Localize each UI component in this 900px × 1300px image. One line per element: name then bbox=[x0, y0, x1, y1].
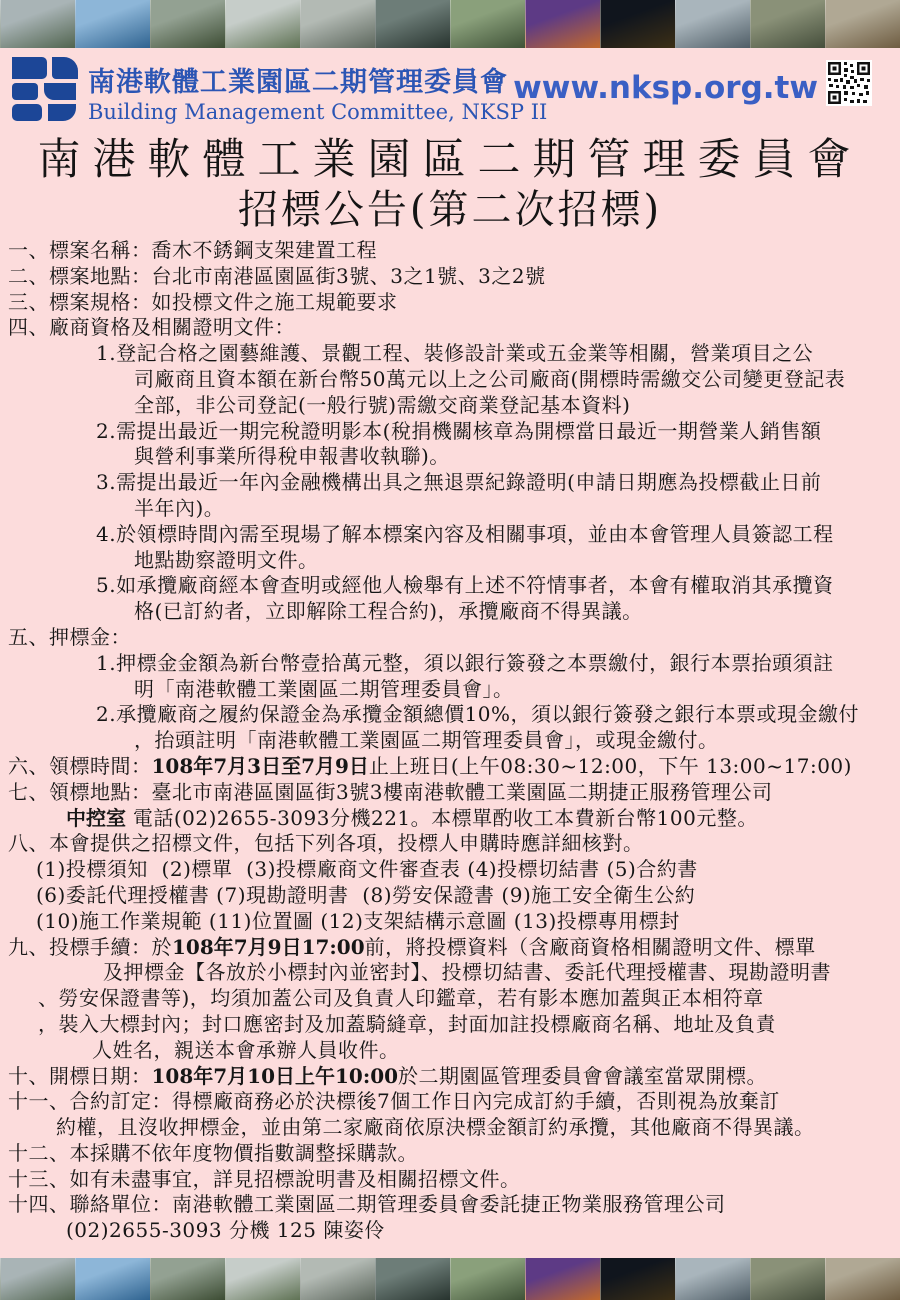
photo-thumbnail bbox=[375, 0, 450, 48]
document-line: 地點勘察證明文件。 bbox=[8, 548, 892, 574]
photo-thumbnail bbox=[0, 1258, 75, 1300]
text-segment: (1)投標須知 (2)標單 (3)投標廠商文件審查表 (4)投標切結書 (5)合… bbox=[36, 857, 698, 881]
org-name-en: Building Management Committee, NKSP II bbox=[88, 100, 547, 124]
photo-strip-bottom bbox=[0, 1258, 900, 1300]
page-header: 南港軟體工業園區二期管理委員會 Building Management Comm… bbox=[0, 48, 900, 130]
photo-thumbnail bbox=[300, 1258, 375, 1300]
text-segment: 五、押標金： bbox=[8, 625, 131, 649]
text-segment: 與營利事業所得稅申報書收執聯)。 bbox=[134, 444, 450, 468]
text-segment: ，抬頭註明「南港軟體工業園區二期管理委員會」，或現金繳付。 bbox=[134, 728, 719, 752]
document-line: 與營利事業所得稅申報書收執聯)。 bbox=[8, 444, 892, 470]
document-line: 十四、聯絡單位：南港軟體工業園區二期管理委員會委託捷正物業服務管理公司 bbox=[8, 1192, 892, 1218]
text-segment: 及押標金【各放於小標封內並密封】、投標切結書、委託代理授權書、現勘證明書 bbox=[103, 960, 831, 984]
text-segment: 十四、聯絡單位：南港軟體工業園區二期管理委員會委託捷正物業服務管理公司 bbox=[8, 1192, 726, 1216]
photo-strip-top bbox=[0, 0, 900, 48]
photo-thumbnail bbox=[525, 1258, 600, 1300]
document-line: 2.需提出最近一期完稅證明影本(稅捐機關核章為開標當日最近一期營業人銷售額 bbox=[8, 419, 892, 445]
document-line: 十三、如有未盡事宜，詳見招標說明書及相關招標文件。 bbox=[8, 1167, 892, 1193]
document-line: 十二、本採購不依年度物價指數調整採購款。 bbox=[8, 1141, 892, 1167]
photo-thumbnail bbox=[600, 0, 675, 48]
document-line: 七、領標地點：臺北市南港區園區街3號3樓南港軟體工業園區二期捷正服務管理公司 bbox=[8, 780, 892, 806]
document-line: 3.需提出最近一年內金融機構出具之無退票紀錄證明(申請日期應為投標截止日前 bbox=[8, 470, 892, 496]
document-line: 一、標案名稱：喬木不銹鋼支架建置工程 bbox=[8, 238, 892, 264]
text-segment: 3.需提出最近一年內金融機構出具之無退票紀錄證明(申請日期應為投標截止日前 bbox=[96, 470, 821, 494]
text-segment: 108年7月9日17:00 bbox=[172, 935, 365, 959]
document-line: 4.於領標時間內需至現場了解本標案內容及相關事項，並由本會管理人員簽認工程 bbox=[8, 522, 892, 548]
text-segment: 2.承攬廠商之履約保證金為承攬金額總價10%，須以銀行簽發之銀行本票或現金繳付 bbox=[96, 702, 859, 726]
text-segment: 地點勘察證明文件。 bbox=[134, 548, 319, 572]
document-line: 5.如承攬廠商經本會查明或經他人檢舉有上述不符情事者，本會有權取消其承攬資 bbox=[8, 573, 892, 599]
photo-thumbnail bbox=[0, 0, 75, 48]
text-segment: 六、領標時間： bbox=[8, 754, 152, 778]
document-line: 二、標案地點：台北市南港區園區街3號、3之1號、3之2號 bbox=[8, 264, 892, 290]
org-name-zh: 南港軟體工業園區二期管理委員會 bbox=[88, 60, 508, 99]
document-line: (6)委託代理授權書 (7)現勘證明書 (8)勞安保證書 (9)施工安全衛生公約 bbox=[8, 883, 892, 909]
text-segment: 約權，且沒收押標金，並由第二家廠商依原決標金額訂約承攬，其他廠商不得異議。 bbox=[56, 1115, 815, 1139]
document-line: 五、押標金： bbox=[8, 625, 892, 651]
document-line: 三、標案規格：如投標文件之施工規範要求 bbox=[8, 290, 892, 316]
document-line: 司廠商且資本額在新台幣50萬元以上之公司廠商(開標時需繳交公司變更登記表 bbox=[8, 367, 892, 393]
document-line: 十一、合約訂定：得標廠商務必於決標後7個工作日內完成訂約手續，否則視為放棄訂 bbox=[8, 1089, 892, 1115]
text-segment: 1.登記合格之園藝維護、景觀工程、裝修設計業或五金業等相關，營業項目之公 bbox=[96, 341, 813, 365]
photo-thumbnail bbox=[450, 1258, 525, 1300]
document-line: 半年內)。 bbox=[8, 496, 892, 522]
text-segment: 一、標案名稱：喬木不銹鋼支架建置工程 bbox=[8, 238, 377, 262]
text-segment: (6)委託代理授權書 (7)現勘證明書 (8)勞安保證書 (9)施工安全衛生公約 bbox=[36, 883, 695, 907]
text-segment: 108年7月3日至7月9日 bbox=[152, 754, 369, 778]
document-line: 2.承攬廠商之履約保證金為承攬金額總價10%，須以銀行簽發之銀行本票或現金繳付 bbox=[8, 702, 892, 728]
text-segment: 司廠商且資本額在新台幣50萬元以上之公司廠商(開標時需繳交公司變更登記表 bbox=[134, 367, 845, 391]
website-url-link[interactable]: www.nksp.org.tw bbox=[513, 70, 818, 106]
photo-thumbnail bbox=[225, 0, 300, 48]
document-line: 四、廠商資格及相關證明文件： bbox=[8, 315, 892, 341]
photo-thumbnail bbox=[225, 1258, 300, 1300]
document-line: (10)施工作業規範 (11)位置圖 (12)支架結構示意圖 (13)投標專用標… bbox=[8, 909, 892, 935]
photo-thumbnail bbox=[450, 0, 525, 48]
document-line: 人姓名，親送本會承辦人員收件。 bbox=[8, 1038, 892, 1064]
document-line: (02)2655-3093 分機 125 陳姿伶 bbox=[8, 1218, 892, 1244]
photo-thumbnail bbox=[75, 0, 150, 48]
photo-thumbnail bbox=[150, 0, 225, 48]
text-segment: 格(已訂約者，立即解除工程合約)，承攬廠商不得異議。 bbox=[134, 599, 643, 623]
text-segment: 1.押標金金額為新台幣壹拾萬元整，須以銀行簽發之本票繳付，銀行本票抬頭須註 bbox=[96, 651, 834, 675]
photo-thumbnail bbox=[750, 0, 825, 48]
nksp-logo-icon bbox=[8, 53, 80, 125]
text-segment: 止上班日(上午08:30~12:00，下午 13:00~17:00) bbox=[369, 754, 852, 778]
document-line: ，抬頭註明「南港軟體工業園區二期管理委員會」，或現金繳付。 bbox=[8, 728, 892, 754]
document-line: 八、本會提供之招標文件，包括下列各項，投標人申購時應詳細核對。 bbox=[8, 831, 892, 857]
text-segment: 明「南港軟體工業園區二期管理委員會」。 bbox=[134, 677, 514, 701]
text-segment: 二、標案地點：台北市南港區園區街3號、3之1號、3之2號 bbox=[8, 264, 546, 288]
text-segment: ，裝入大標封內；封口應密封及加蓋騎縫章，封面加註投標廠商名稱、地址及負責 bbox=[38, 1012, 776, 1036]
photo-thumbnail bbox=[825, 1258, 900, 1300]
photo-thumbnail bbox=[600, 1258, 675, 1300]
text-segment: 前，將投標資料（含廠商資格相關證明文件、標單 bbox=[365, 935, 816, 959]
text-segment: 4.於領標時間內需至現場了解本標案內容及相關事項，並由本會管理人員簽認工程 bbox=[96, 522, 834, 546]
qr-code bbox=[826, 60, 872, 106]
text-segment: 十、開標日期： bbox=[8, 1064, 152, 1088]
photo-thumbnail bbox=[150, 1258, 225, 1300]
document-line: 中控室 電話(02)2655-3093分機221。本標單酌收工本費新台幣100元… bbox=[8, 806, 892, 832]
text-segment: 十二、本採購不依年度物價指數調整採購款。 bbox=[8, 1141, 418, 1165]
text-segment: 四、廠商資格及相關證明文件： bbox=[8, 315, 295, 339]
document-line: 約權，且沒收押標金，並由第二家廠商依原決標金額訂約承攬，其他廠商不得異議。 bbox=[8, 1115, 892, 1141]
document-line: 1.登記合格之園藝維護、景觀工程、裝修設計業或五金業等相關，營業項目之公 bbox=[8, 341, 892, 367]
text-segment: 十三、如有未盡事宜，詳見招標說明書及相關招標文件。 bbox=[8, 1167, 521, 1191]
text-segment: 電話(02)2655-3093分機221。本標單酌收工本費新台幣100元整。 bbox=[126, 806, 758, 830]
document-line: 六、領標時間：108年7月3日至7月9日止上班日(上午08:30~12:00，下… bbox=[8, 754, 892, 780]
document-line: 九、投標手續：於108年7月9日17:00前，將投標資料（含廠商資格相關證明文件… bbox=[8, 935, 892, 961]
document-line: 及押標金【各放於小標封內並密封】、投標切結書、委託代理授權書、現勘證明書 bbox=[8, 960, 892, 986]
text-segment: 三、標案規格：如投標文件之施工規範要求 bbox=[8, 290, 398, 314]
text-segment: 全部，非公司登記(一般行號)需繳交商業登記基本資料) bbox=[134, 393, 630, 417]
photo-thumbnail bbox=[750, 1258, 825, 1300]
photo-thumbnail bbox=[825, 0, 900, 48]
text-segment: 八、本會提供之招標文件，包括下列各項，投標人申購時應詳細核對。 bbox=[8, 831, 644, 855]
document-body: 一、標案名稱：喬木不銹鋼支架建置工程二、標案地點：台北市南港區園區街3號、3之1… bbox=[8, 238, 892, 1244]
text-segment: 七、領標地點：臺北市南港區園區街3號3樓南港軟體工業園區二期捷正服務管理公司 bbox=[8, 780, 772, 804]
document-line: 1.押標金金額為新台幣壹拾萬元整，須以銀行簽發之本票繳付，銀行本票抬頭須註 bbox=[8, 651, 892, 677]
document-line: 全部，非公司登記(一般行號)需繳交商業登記基本資料) bbox=[8, 393, 892, 419]
page-subtitle: 招標公告(第二次招標) bbox=[0, 178, 900, 235]
document-line: (1)投標須知 (2)標單 (3)投標廠商文件審查表 (4)投標切結書 (5)合… bbox=[8, 857, 892, 883]
text-segment: 2.需提出最近一期完稅證明影本(稅捐機關核章為開標當日最近一期營業人銷售額 bbox=[96, 419, 821, 443]
document-line: 、勞安保證書等)，均須加蓋公司及負責人印鑑章，若有影本應加蓋與正本相符章 bbox=[8, 986, 892, 1012]
tender-announcement-page: 南港軟體工業園區二期管理委員會 Building Management Comm… bbox=[0, 0, 900, 1300]
text-segment: 於二期園區管理委員會會議室當眾開標。 bbox=[398, 1064, 767, 1088]
document-line: 格(已訂約者，立即解除工程合約)，承攬廠商不得異議。 bbox=[8, 599, 892, 625]
photo-thumbnail bbox=[675, 1258, 750, 1300]
document-line: 明「南港軟體工業園區二期管理委員會」。 bbox=[8, 677, 892, 703]
text-segment: 人姓名，親送本會承辦人員收件。 bbox=[92, 1038, 400, 1062]
text-segment: 半年內)。 bbox=[134, 496, 224, 520]
photo-thumbnail bbox=[675, 0, 750, 48]
photo-thumbnail bbox=[375, 1258, 450, 1300]
text-segment: 中控室 bbox=[66, 806, 126, 830]
document-line: 十、開標日期：108年7月10日上午10:00於二期園區管理委員會會議室當眾開標… bbox=[8, 1064, 892, 1090]
text-segment: 5.如承攬廠商經本會查明或經他人檢舉有上述不符情事者，本會有權取消其承攬資 bbox=[96, 573, 834, 597]
photo-thumbnail bbox=[525, 0, 600, 48]
photo-thumbnail bbox=[75, 1258, 150, 1300]
photo-thumbnail bbox=[300, 0, 375, 48]
text-segment: 九、投標手續：於 bbox=[8, 935, 172, 959]
text-segment: 108年7月10日上午10:00 bbox=[152, 1064, 399, 1088]
text-segment: (02)2655-3093 分機 125 陳姿伶 bbox=[66, 1218, 385, 1242]
text-segment: 、勞安保證書等)，均須加蓋公司及負責人印鑑章，若有影本應加蓋與正本相符章 bbox=[38, 986, 764, 1010]
document-line: ，裝入大標封內；封口應密封及加蓋騎縫章，封面加註投標廠商名稱、地址及負責 bbox=[8, 1012, 892, 1038]
text-segment: 十一、合約訂定：得標廠商務必於決標後7個工作日內完成訂約手續，否則視為放棄訂 bbox=[8, 1089, 780, 1113]
text-segment: (10)施工作業規範 (11)位置圖 (12)支架結構示意圖 (13)投標專用標… bbox=[36, 909, 680, 933]
